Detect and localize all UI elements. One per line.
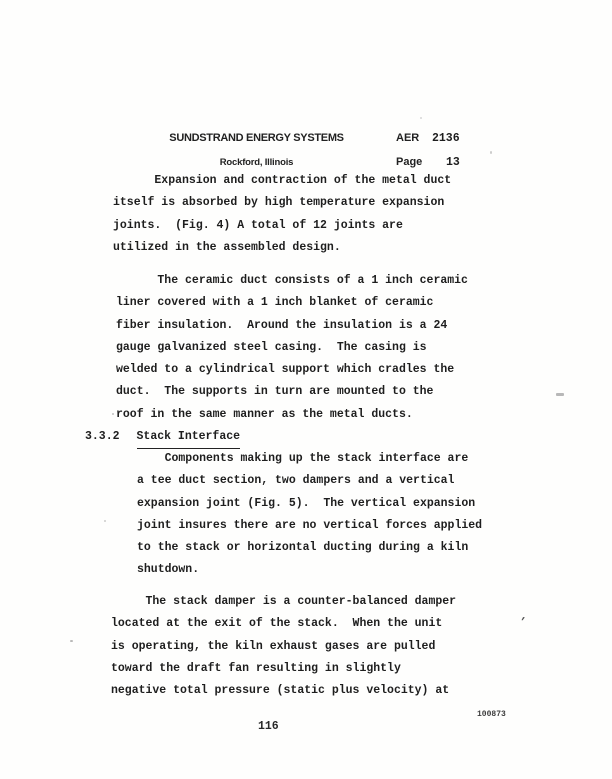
scan-stray-mark: ’ [518,616,527,629]
section-number: 3.3.2 [85,430,120,443]
scan-speck [104,520,106,522]
scan-speck [112,413,114,415]
doc-label: AER [396,131,419,146]
folio-page-number: 116 [258,716,279,738]
paragraph-stack-interface: Components making up the stack interface… [137,448,482,582]
company-name: SUNDSTRAND ENERGY SYSTEMS [150,131,363,146]
document-stamp: 100873 [477,710,506,720]
scan-speck [70,640,73,642]
margin-mark [556,393,564,396]
scan-speck [420,117,422,119]
paragraph-expansion-joints: Expansion and contraction of the metal d… [113,170,451,259]
document-page: SUNDSTRAND ENERGY SYSTEMS Rockford, Illi… [0,0,612,779]
paragraph-stack-damper: The stack damper is a counter-balanced d… [111,591,456,702]
scan-speck [490,151,492,154]
section-heading: 3.3.2Stack Interface [85,426,240,449]
page-label: Page [396,155,422,170]
doc-number: 2136 [432,131,460,146]
section-title: Stack Interface [137,426,241,449]
paragraph-ceramic-duct: The ceramic duct consists of a 1 inch ce… [116,270,468,426]
header-page-number: 13 [446,155,460,170]
company-location: Rockford, Illinois [150,155,363,170]
